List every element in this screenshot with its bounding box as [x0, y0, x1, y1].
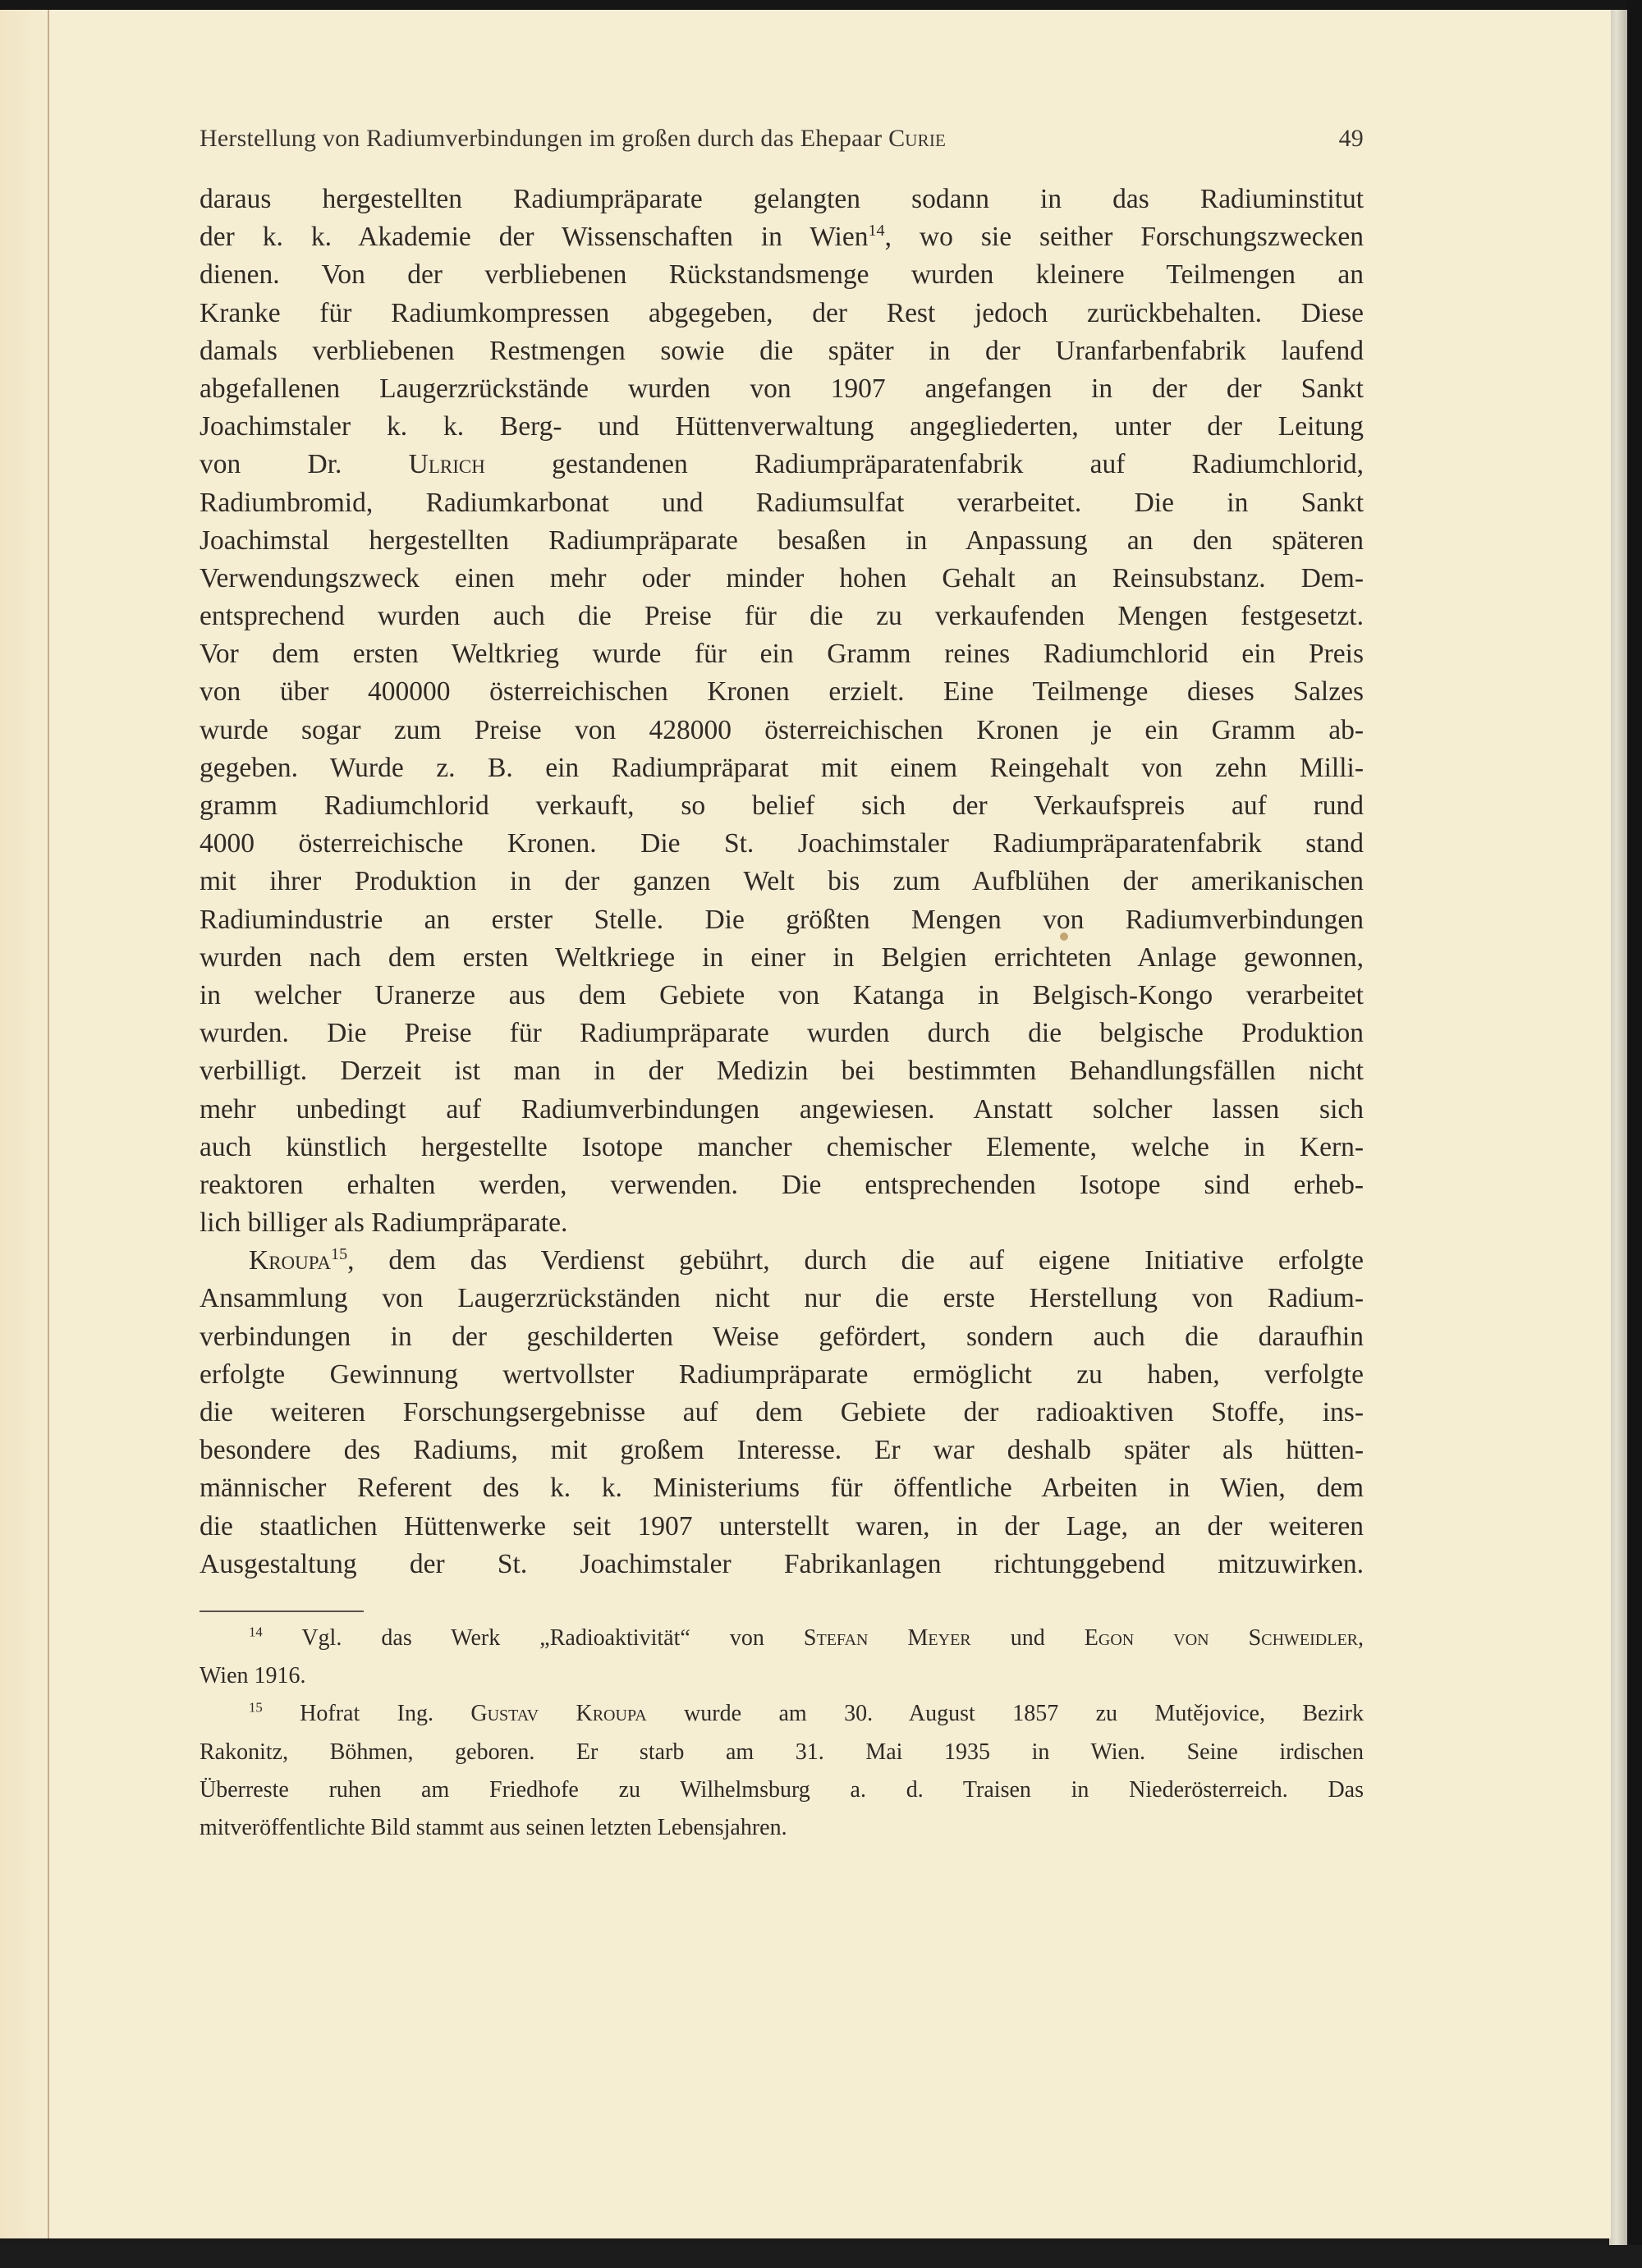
footnote-marker-15: 15 — [249, 1700, 263, 1716]
text-line: erfolgte Gewinnung wertvollster Radiumpr… — [200, 1356, 1364, 1394]
text-line: mit ihrer Produktion in der ganzen Welt … — [200, 863, 1364, 900]
text-line: gegeben. Wurde z. B. ein Radiumpräparat … — [200, 749, 1364, 787]
text-line: dienen. Von der verbliebenen Rückstandsm… — [200, 256, 1364, 294]
footnote-ref-15[interactable]: 15 — [331, 1245, 347, 1263]
person-name-ulrich: Ulrich — [409, 449, 485, 479]
text-line: Ansammlung von Laugerzrückständen nicht … — [200, 1280, 1364, 1317]
footnote-15-line: 15 Hofrat Ing. Gustav Kroupa wurde am 30… — [200, 1699, 1364, 1737]
footnote-15-line: Überreste ruhen am Friedhofe zu Wilhelms… — [200, 1775, 1364, 1813]
scan-border-top — [0, 0, 1642, 10]
page-number: 49 — [1339, 125, 1364, 153]
text-line: besondere des Radiums, mit großem Intere… — [200, 1432, 1364, 1469]
text-line-paragraph-start: Kroupa15, dem das Verdienst gebührt, dur… — [200, 1242, 1364, 1280]
footnote-separator-rule — [200, 1611, 364, 1612]
footnotes: 14 Vgl. das Werk „Radioaktivität“ von St… — [200, 1624, 1364, 1851]
text-line: entsprechend wurden auch die Preise für … — [200, 598, 1364, 635]
author-name-curie: Curie — [888, 125, 946, 152]
text-line: Ausgestaltung der St. Joachimstaler Fabr… — [200, 1546, 1364, 1583]
page-fold-line — [48, 10, 49, 2238]
text-line: von Dr. Ulrich gestandenen Radiumpräpara… — [200, 446, 1364, 483]
text-line: Joachimstal hergestellten Radiumpräparat… — [200, 522, 1364, 560]
text-line: wurden. Die Preise für Radiumpräparate w… — [200, 1015, 1364, 1052]
footnote-15-line: mitveröffentlichte Bild stammt aus seine… — [200, 1813, 1364, 1851]
author-name-egon-von-schweidler: Egon von Schweidler — [1085, 1625, 1358, 1651]
text-line: wurde sogar zum Preise von 428000 österr… — [200, 712, 1364, 749]
gutter-shade — [0, 10, 48, 2238]
text-line: Radiumindustrie an erster Stelle. Die gr… — [200, 901, 1364, 939]
text-line: mehr unbedingt auf Radiumverbindungen an… — [200, 1091, 1364, 1129]
text-line: von über 400000 österreichischen Kronen … — [200, 673, 1364, 711]
footnote-14-line: 14 Vgl. das Werk „Radioaktivität“ von St… — [200, 1624, 1364, 1661]
page-stack-edge — [1609, 10, 1627, 2253]
paper-stain — [1060, 932, 1068, 941]
text-line: männischer Referent des k. k. Ministeriu… — [200, 1469, 1364, 1507]
text-line: abgefallenen Laugerzrückstände wurden vo… — [200, 370, 1364, 408]
text-line: Kranke für Radiumkompressen abgegeben, d… — [200, 295, 1364, 332]
text-line: Joachimstaler k. k. Berg- und Hüttenverw… — [200, 408, 1364, 446]
text-line: Vor dem ersten Weltkrieg wurde für ein G… — [200, 635, 1364, 673]
footnote-marker-14: 14 — [249, 1624, 263, 1640]
text-line: daraus hergestellten Radiumpräparate gel… — [200, 181, 1364, 218]
text-line: reaktoren erhalten werden, verwenden. Di… — [200, 1166, 1364, 1204]
text-line-paragraph-end: lich billiger als Radiumpräparate. — [200, 1204, 1364, 1242]
text-line: verbilligt. Derzeit ist man in der Mediz… — [200, 1052, 1364, 1090]
person-name-kroupa: Kroupa — [249, 1245, 331, 1276]
text-line: die staatlichen Hüttenwerke seit 1907 un… — [200, 1508, 1364, 1546]
text-line: 4000 österreichische Kronen. Die St. Joa… — [200, 825, 1364, 863]
footnote-14-line: Wien 1916. — [200, 1661, 1364, 1699]
text-line: die weiteren Forschungsergebnisse auf de… — [200, 1394, 1364, 1432]
text-line: Verwendungszweck einen mehr oder minder … — [200, 560, 1364, 598]
scan-border-right — [1627, 0, 1642, 2268]
author-name-stefan-meyer: Stefan Meyer — [804, 1625, 971, 1651]
scan-border-bottom — [0, 2245, 1642, 2268]
footnote-ref-14[interactable]: 14 — [868, 222, 884, 240]
text-line: damals verbliebenen Restmengen sowie die… — [200, 332, 1364, 370]
footnote-15-line: Rakonitz, Böhmen, geboren. Er starb am 3… — [200, 1738, 1364, 1775]
running-head-title: Herstellung von Radiumverbindungen im gr… — [200, 125, 946, 153]
text-line: wurden nach dem ersten Weltkriege in ein… — [200, 939, 1364, 977]
person-name-gustav-kroupa: Gustav Kroupa — [470, 1701, 646, 1726]
text-line: in welcher Uranerze aus dem Gebiete von … — [200, 977, 1364, 1015]
body-text: daraus hergestellten Radiumpräparate gel… — [200, 181, 1364, 1583]
text-line: Radiumbromid, Radiumkarbonat und Radiums… — [200, 484, 1364, 522]
text-line: verbindungen in der geschilderten Weise … — [200, 1318, 1364, 1356]
text-line: auch künstlich hergestellte Isotope manc… — [200, 1129, 1364, 1166]
running-head: Herstellung von Radiumverbindungen im gr… — [200, 125, 1364, 153]
text-line: der k. k. Akademie der Wissenschaften in… — [200, 218, 1364, 256]
text-line: gramm Radiumchlorid verkauft, so belief … — [200, 787, 1364, 825]
